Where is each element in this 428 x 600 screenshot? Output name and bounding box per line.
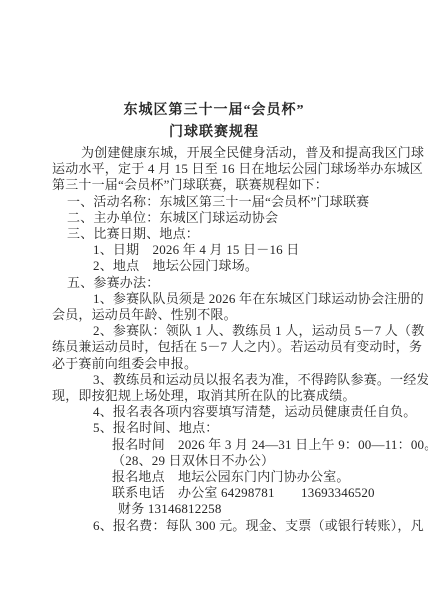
document-title-line-1: 东城区第三十一届“会员杯”	[0, 100, 428, 122]
document-line: 3、教练员和运动员以报名表为准，不得跨队参赛。一经发	[52, 372, 397, 388]
document-line: 为创建健康东城，开展全民健身活动，普及和提高我区门球	[52, 145, 397, 161]
document-line: 三、比赛日期、地点：	[52, 226, 397, 242]
document-title: 东城区第三十一届“会员杯” 门球联赛规程	[0, 100, 428, 144]
document-body: 为创建健康东城，开展全民健身活动，普及和提高我区门球运动水平，定于 4 月 15…	[52, 145, 397, 534]
document-line: 2、地点 地坛公园门球场。	[52, 258, 397, 274]
document-title-line-2: 门球联赛规程	[0, 122, 428, 144]
document-line: 现，即按犯规上场处理，取消其所在队的比赛成绩。	[52, 388, 397, 404]
document-line: 运动水平，定于 4 月 15 日至 16 日在地坛公园门球场举办东城区	[52, 161, 397, 177]
document-line: 报名时间 2026 年 3 月 24—31 日上午 9：00—11：00。	[52, 437, 397, 453]
document-line: 4、报名表各项内容要填写清楚，运动员健康责任自负。	[52, 404, 397, 420]
document-line: 会员，运动员年龄、性别不限。	[52, 307, 397, 323]
document-line: （28、29 日双休日不办公）	[52, 453, 397, 469]
document-line: 第三十一届“会员杯”门球联赛，联赛规程如下：	[52, 177, 397, 193]
document-line: 1、日期 2026 年 4 月 15 日－16 日	[52, 242, 397, 258]
document-line: 二、主办单位：东城区门球运动协会	[52, 210, 397, 226]
document-page: 东城区第三十一届“会员杯” 门球联赛规程 为创建健康东城，开展全民健身活动，普及…	[0, 0, 428, 600]
document-line: 6、报名费：每队 300 元。现金、支票（或银行转账），凡	[52, 518, 397, 534]
document-line: 必于赛前向组委会申报。	[52, 356, 397, 372]
document-line: 5、报名时间、地点：	[52, 420, 397, 436]
document-line: 练员兼运动员时，包括在 5－7 人之内）。若运动员有变动时，务	[52, 339, 397, 355]
document-line: 1、参赛队队员须是 2026 年在东城区门球运动协会注册的	[52, 291, 397, 307]
document-line: 联系电话 办公室 64298781 13693346520	[52, 485, 397, 501]
document-line: 财务 13146812258	[52, 501, 397, 517]
document-line: 报名地点 地坛公园东门内门协办公室。	[52, 469, 397, 485]
document-line: 一、活动名称：东城区第三十一届“会员杯”门球联赛	[52, 194, 397, 210]
document-line: 五、参赛办法：	[52, 275, 397, 291]
document-line: 2、参赛队：领队 1 人、教练员 1 人，运动员 5－7 人（教	[52, 323, 397, 339]
